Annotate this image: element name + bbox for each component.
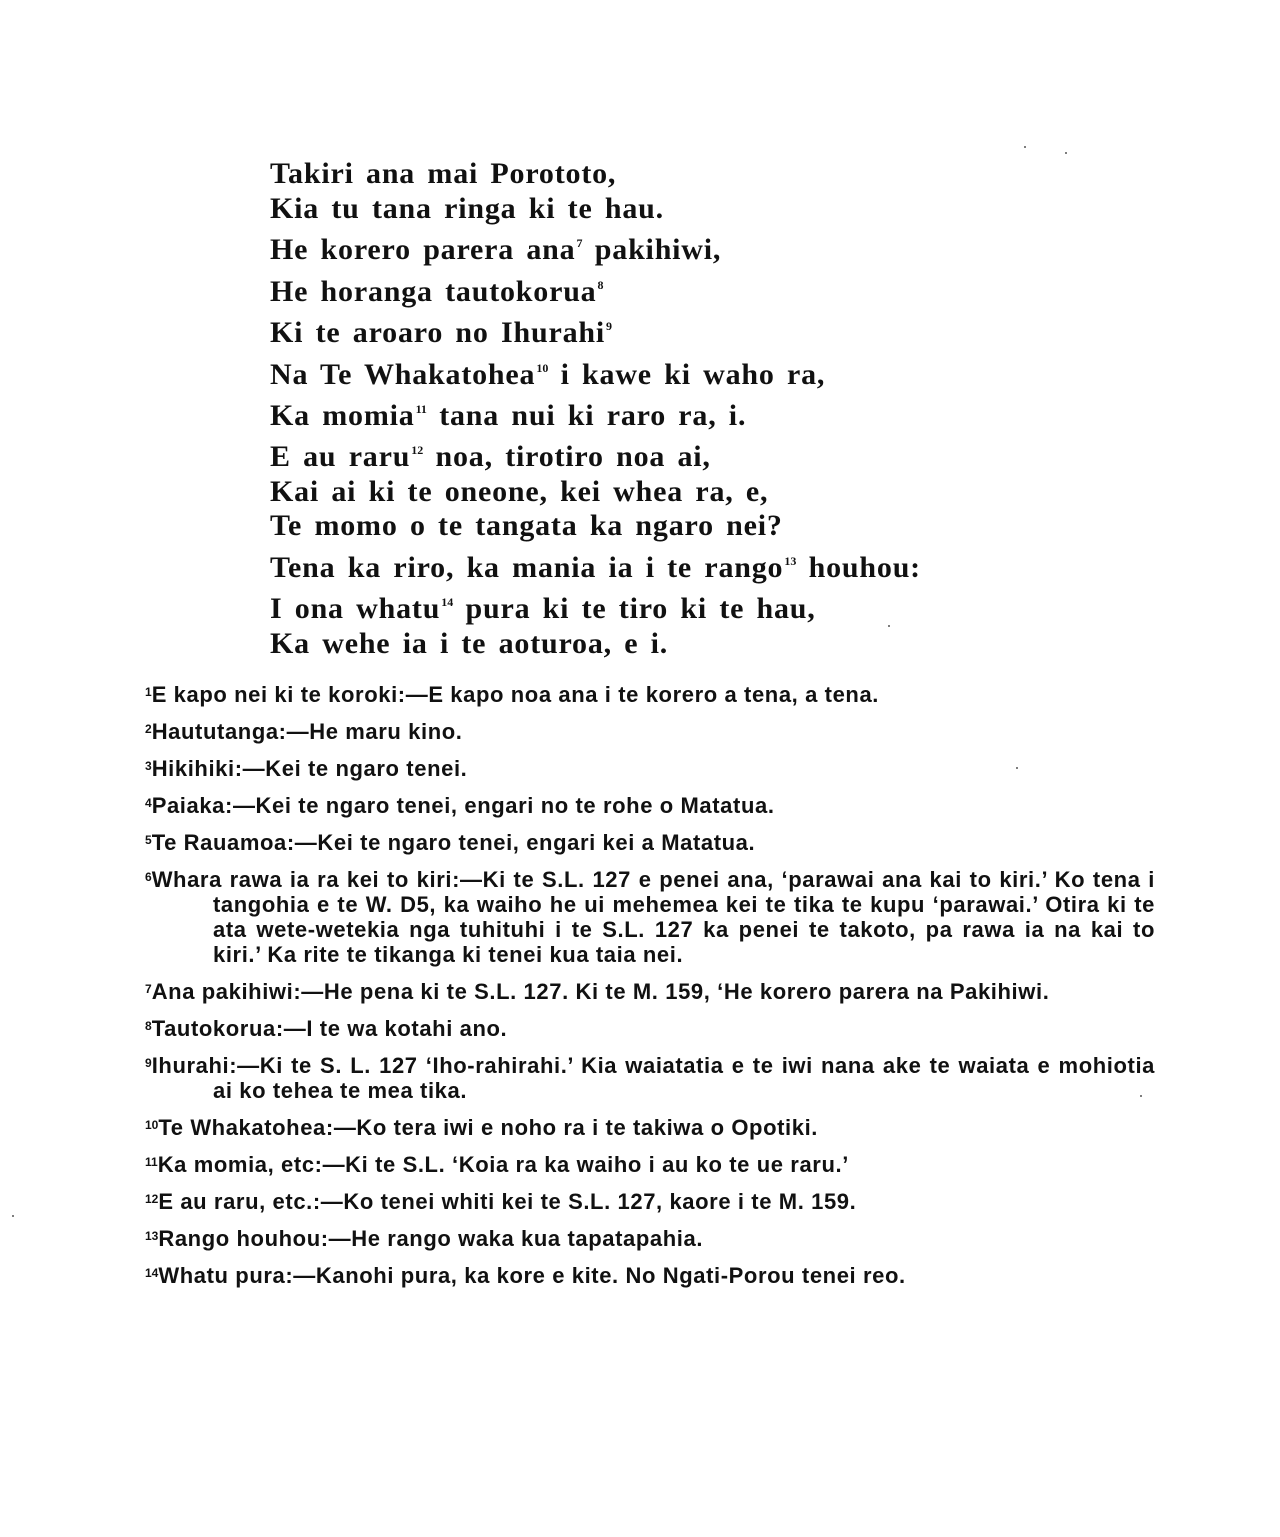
footnote-ref: 10 [536, 361, 548, 375]
document-page: Takiri ana mai Porototo, Kia tu tana rin… [0, 0, 1280, 1537]
footnote-number: 4 [145, 796, 152, 810]
footnote-number: 13 [145, 1229, 158, 1243]
verse-line: Ki te aroaro no Ihurahi9 [270, 309, 825, 351]
footnote-ref: 14 [441, 595, 453, 609]
footnote-text: E kapo nei ki te koroki:—E kapo noa ana … [152, 682, 879, 707]
footnote-number: 2 [145, 722, 152, 736]
footnote-text: Tautokorua:—I te wa kotahi ano. [152, 1016, 508, 1041]
verse-line: Na Te Whakatohea10 i kawe ki waho ra, [270, 351, 825, 393]
footnote-number: 12 [145, 1192, 158, 1206]
line-text: I ona whatu [270, 592, 440, 625]
footnote-9: 9Ihurahi:—Ki te S. L. 127 ‘Iho-rahirahi.… [145, 1051, 1155, 1103]
footnote-number: 9 [145, 1056, 152, 1070]
footnote-text: Whatu pura:—Kanohi pura, ka kore e kite.… [158, 1263, 905, 1288]
line-text: Takiri ana mai Porototo, [270, 157, 616, 190]
scan-speck [1140, 1095, 1142, 1097]
scan-speck [888, 625, 890, 627]
footnotes: 1E kapo nei ki te koroki:—E kapo noa ana… [145, 680, 1155, 1298]
footnote-text: Haututanga:—He maru kino. [152, 719, 463, 744]
footnote-6: 6Whara rawa ia ra kei to kiri:—Ki te S.L… [145, 865, 1155, 967]
line-text: He horanga tautokorua [270, 275, 596, 308]
footnote-text: Te Rauamoa:—Kei te ngaro tenei, engari k… [152, 830, 756, 855]
footnote-ref: 9 [606, 319, 612, 333]
verse-line: Takiri ana mai Porototo, [270, 157, 825, 192]
line-text: E au raru [270, 440, 410, 473]
line-text: Ki te aroaro no Ihurahi [270, 316, 605, 349]
footnote-text: Ka momia, etc:—Ki te S.L. ‘Koia ra ka wa… [158, 1152, 849, 1177]
verse-line: Kia tu tana ringa ki te hau. [270, 192, 825, 227]
verse-line: E au raru12 noa, tirotiro noa ai, [270, 433, 921, 475]
verse-line: He horanga tautokorua8 [270, 268, 825, 310]
footnote-5: 5Te Rauamoa:—Kei te ngaro tenei, engari … [145, 828, 1155, 855]
line-text: Te momo o te tangata ka ngaro nei? [270, 509, 783, 542]
footnote-13: 13Rango houhou:—He rango waka kua tapata… [145, 1224, 1155, 1251]
footnote-3: 3Hikihiki:—Kei te ngaro tenei. [145, 754, 1155, 781]
footnote-text: Hikihiki:—Kei te ngaro tenei. [152, 756, 468, 781]
verse-stanza-2: E au raru12 noa, tirotiro noa ai, Kai ai… [270, 433, 921, 661]
footnote-ref: 8 [597, 278, 603, 292]
footnote-8: 8Tautokorua:—I te wa kotahi ano. [145, 1014, 1155, 1041]
scan-speck [1016, 767, 1018, 769]
line-text-after: noa, tirotiro noa ai, [423, 440, 711, 473]
footnote-1: 1E kapo nei ki te koroki:—E kapo noa ana… [145, 680, 1155, 707]
line-text-after: pakihiwi, [582, 233, 721, 266]
footnote-number: 11 [145, 1155, 158, 1169]
footnote-number: 5 [145, 833, 152, 847]
footnote-14: 14Whatu pura:—Kanohi pura, ka kore e kit… [145, 1261, 1155, 1288]
footnote-number: 7 [145, 982, 152, 996]
verse-line: He korero parera ana7 pakihiwi, [270, 226, 825, 268]
line-text-after: tana nui ki raro ra, i. [427, 399, 746, 432]
footnote-ref: 13 [784, 554, 796, 568]
line-text-after: houhou: [796, 551, 921, 584]
scan-speck [12, 1215, 14, 1217]
footnote-number: 8 [145, 1019, 152, 1033]
scan-speck [1065, 152, 1067, 154]
footnote-text: Whara rawa ia ra kei to kiri:—Ki te S.L.… [152, 867, 1155, 967]
verse-line: Kai ai ki te oneone, kei whea ra, e, [270, 475, 921, 510]
line-text: He korero parera ana [270, 233, 575, 266]
footnote-11: 11Ka momia, etc:—Ki te S.L. ‘Koia ra ka … [145, 1150, 1155, 1177]
line-text-after: pura ki te tiro ki te hau, [453, 592, 815, 625]
footnote-number: 1 [145, 685, 152, 699]
scan-speck [1024, 146, 1026, 148]
footnote-number: 14 [145, 1266, 158, 1280]
footnote-ref: 11 [416, 402, 427, 416]
footnote-text: Ana pakihiwi:—He pena ki te S.L. 127. Ki… [152, 979, 1050, 1004]
verse-line: Ka momia11 tana nui ki raro ra, i. [270, 392, 825, 434]
line-text: Kia tu tana ringa ki te hau. [270, 192, 664, 225]
line-text: Ka momia [270, 399, 415, 432]
footnote-number: 10 [145, 1118, 158, 1132]
line-text: Ka wehe ia i te aoturoa, e i. [270, 627, 668, 660]
footnote-2: 2Haututanga:—He maru kino. [145, 717, 1155, 744]
footnote-ref: 12 [411, 443, 423, 457]
footnote-number: 3 [145, 759, 152, 773]
footnote-10: 10Te Whakatohea:—Ko tera iwi e noho ra i… [145, 1113, 1155, 1140]
verse-line: Ka wehe ia i te aoturoa, e i. [270, 627, 921, 662]
footnote-4: 4Paiaka:—Kei te ngaro tenei, engari no t… [145, 791, 1155, 818]
verse-stanza-1: Takiri ana mai Porototo, Kia tu tana rin… [270, 157, 825, 434]
line-text: Na Te Whakatohea [270, 358, 535, 391]
line-text: Kai ai ki te oneone, kei whea ra, e, [270, 475, 768, 508]
line-text: Tena ka riro, ka mania ia i te rango [270, 551, 783, 584]
footnote-7: 7Ana pakihiwi:—He pena ki te S.L. 127. K… [145, 977, 1155, 1004]
footnote-text: Paiaka:—Kei te ngaro tenei, engari no te… [152, 793, 775, 818]
footnote-text: Te Whakatohea:—Ko tera iwi e noho ra i t… [158, 1115, 818, 1140]
footnote-12: 12E au raru, etc.:—Ko tenei whiti kei te… [145, 1187, 1155, 1214]
line-text-after: i kawe ki waho ra, [548, 358, 825, 391]
verse-line: Tena ka riro, ka mania ia i te rango13 h… [270, 544, 921, 586]
verse-line: Te momo o te tangata ka ngaro nei? [270, 509, 921, 544]
footnote-text: Ihurahi:—Ki te S. L. 127 ‘Iho-rahirahi.’… [152, 1053, 1155, 1103]
footnote-text: E au raru, etc.:—Ko tenei whiti kei te S… [158, 1189, 856, 1214]
verse-line: I ona whatu14 pura ki te tiro ki te hau, [270, 585, 921, 627]
footnote-number: 6 [145, 870, 152, 884]
footnote-text: Rango houhou:—He rango waka kua tapatapa… [158, 1226, 703, 1251]
